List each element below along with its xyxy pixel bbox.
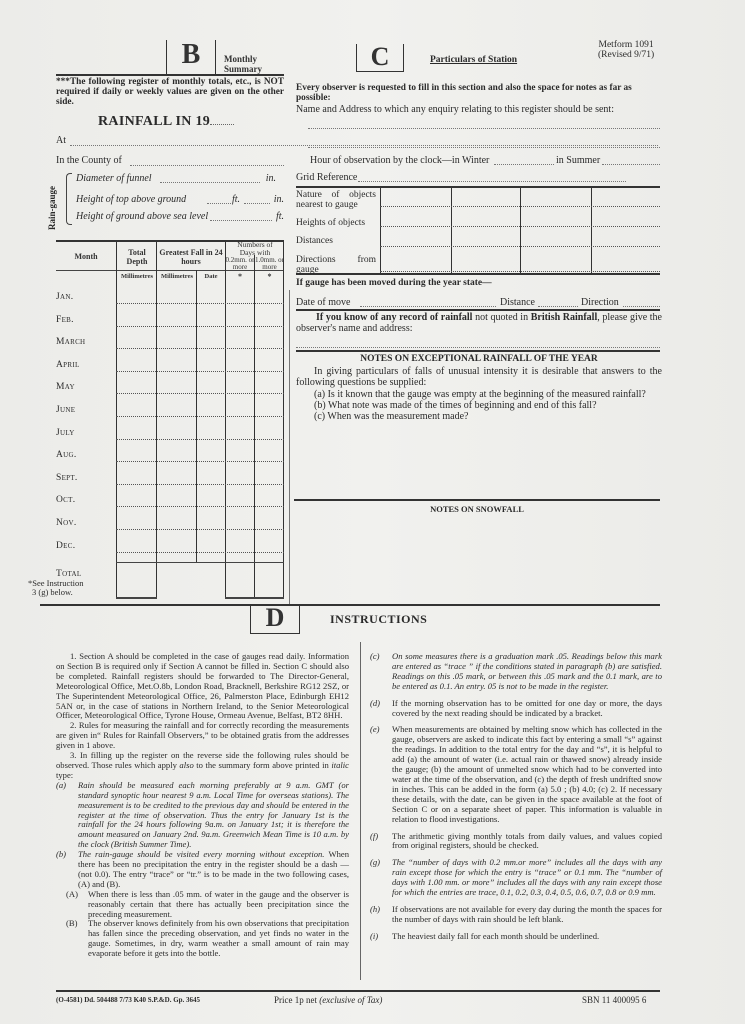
instructions-left-column: 1. Section A should be completed in the … <box>56 652 349 959</box>
col-header-days-with: Numbers of Days with <box>226 241 284 257</box>
question-c: (c) When was the measurement made? <box>314 411 664 422</box>
month-row-entry-line[interactable] <box>116 484 284 485</box>
objects-col-3 <box>520 187 521 273</box>
total-row-bottom <box>116 597 157 599</box>
instruction-3c: (c)On some measures there is a graduatio… <box>370 652 662 692</box>
col-header-greatest-fall: Greatest Fall in 24 hours <box>158 248 224 266</box>
instruction-3i: (i)The heaviest daily fall for each mont… <box>370 932 662 942</box>
section-c-letter-box: C <box>356 44 404 72</box>
top-height-ft-line[interactable] <box>207 203 231 204</box>
col-header-month: Month <box>56 252 116 261</box>
objects-row-line-2 <box>380 226 660 227</box>
objects-col-1 <box>380 187 381 273</box>
objects-table-top <box>296 186 660 188</box>
month-label: June <box>56 405 75 415</box>
county-field[interactable]: In the County of <box>56 155 122 166</box>
month-row-entry-line[interactable] <box>116 326 284 327</box>
col-header-10mm: 1.0mm. or more <box>255 257 284 271</box>
month-row-entry-line[interactable] <box>116 303 284 304</box>
print-code: (O-4581) Dd. 504488 7/73 K40 S.P.&D. Gp.… <box>56 996 200 1004</box>
gauge-moved-heading: If gauge has been moved during the year … <box>296 278 492 288</box>
section-b-letter-box: B <box>166 40 216 74</box>
grid-reference-label: Grid Reference <box>296 172 357 183</box>
month-row-entry-line[interactable] <box>116 529 284 530</box>
objects-col-4 <box>591 187 592 273</box>
metform-number: Metform 1091 <box>598 40 654 50</box>
direction-line[interactable] <box>623 306 660 307</box>
winter-hour-line[interactable] <box>494 164 554 165</box>
instructions-right-column: (c)On some measures there is a graduatio… <box>370 652 662 942</box>
section-d-letter-box: D <box>250 604 300 634</box>
record-address-line[interactable] <box>296 347 660 348</box>
question-b: (b) What note was made of the times of b… <box>314 400 664 411</box>
price: Price 1p net (exclusive of Tax) <box>274 995 382 1005</box>
grid-v5 <box>254 255 255 598</box>
month-row-entry-line[interactable] <box>116 393 284 394</box>
month-label: May <box>56 382 75 392</box>
instruction-1: 1. Section A should be completed in the … <box>56 652 349 721</box>
metform-revision: (Revised 9/71) <box>598 50 654 60</box>
instruction-3a: (a) Rain should be measured each morning… <box>56 781 349 850</box>
section-b-title: Monthly Summary <box>224 54 262 74</box>
objects-col-2 <box>451 187 452 273</box>
summer-label: in Summer <box>556 155 600 166</box>
col-header-total-depth: Total Depth <box>117 248 157 266</box>
total-footnote: *See Instruction 3 (g) below. <box>28 579 83 597</box>
month-label: Jan. <box>56 292 73 302</box>
month-label: Dec. <box>56 541 75 551</box>
instructions-title: INSTRUCTIONS <box>330 612 427 627</box>
instruction-3b-A: (A) When there is less than .05 mm. of w… <box>56 890 349 920</box>
section-c-intro: Every observer is requested to fill in t… <box>296 83 662 103</box>
hour-observation-field[interactable]: Hour of observation by the clock—in Wint… <box>310 155 489 166</box>
instruction-3f: (f)The arithmetic giving monthly totals … <box>370 832 662 852</box>
instruction-3h: (h)If observations are not available for… <box>370 905 662 925</box>
distance-line[interactable] <box>538 306 578 307</box>
section-b-notice: ***The following register of monthly tot… <box>56 77 284 107</box>
at-line[interactable] <box>70 145 658 146</box>
month-label: Aug. <box>56 450 77 460</box>
total-row-rule <box>116 562 284 563</box>
rain-gauge-label: Rain-gauge <box>47 186 57 230</box>
notes-questions: (a) Is it known that the gauge was empty… <box>314 389 664 422</box>
footer-rule <box>56 990 660 992</box>
county-line[interactable] <box>130 165 284 166</box>
rain-gauge-brace <box>66 173 72 225</box>
month-row-entry-line[interactable] <box>116 552 284 553</box>
funnel-diameter-line[interactable] <box>160 182 260 183</box>
month-row-entry-line[interactable] <box>116 348 284 349</box>
month-label: Sept. <box>56 473 78 483</box>
notes-rule <box>296 350 660 352</box>
date-of-move-line[interactable] <box>360 306 496 307</box>
unit-greatest-mm: Millimetres <box>157 272 197 281</box>
moved-rule <box>296 309 660 311</box>
month-row-entry-line[interactable] <box>116 461 284 462</box>
col-header-02mm: 0.2mm. or more <box>225 257 255 271</box>
unit-date: Date <box>197 272 225 281</box>
month-row-entry-line[interactable] <box>116 416 284 417</box>
month-row-entry-line[interactable] <box>116 506 284 507</box>
grid-v4 <box>225 242 226 598</box>
instruction-3e: (e)When measurements are obtained by mel… <box>370 725 662 824</box>
question-a: (a) Is it known that the gauge was empty… <box>314 389 664 400</box>
objects-row-line-4 <box>380 271 660 272</box>
month-label: Oct. <box>56 495 75 505</box>
date-of-move-label: Date of move <box>296 297 350 308</box>
ground-height-line[interactable] <box>210 220 272 221</box>
month-label: April <box>56 360 80 370</box>
instruction-3: 3. In filling up the register on the rev… <box>56 751 349 781</box>
objects-label-distances: Distances <box>296 236 333 246</box>
total-row-bottom-right <box>225 597 284 599</box>
name-address-line-1[interactable] <box>308 128 660 129</box>
instruction-3d: (d)If the morning observation has to be … <box>370 699 662 719</box>
unit-star-10: * <box>255 272 284 281</box>
section-c-title: Particulars of Station <box>430 55 517 65</box>
sbn-number: SBN 11 400095 6 <box>582 995 646 1005</box>
notes-exceptional-heading: NOTES ON EXCEPTIONAL RAINFALL OF THE YEA… <box>296 354 662 364</box>
rainfall-heading: RAINFALL IN 19 <box>98 114 234 130</box>
section-b-rule <box>56 74 284 76</box>
section-d-letter: D <box>266 603 285 632</box>
metform-id: Metform 1091 (Revised 9/71) <box>598 40 654 60</box>
objects-label-heights: Heights of objects <box>296 218 365 228</box>
objects-row-line-3 <box>380 246 660 247</box>
instruction-3b: (b) The rain-gauge should be visited eve… <box>56 850 349 890</box>
record-request: If you know of any record of rainfall no… <box>296 312 662 334</box>
section-c-letter: C <box>371 42 390 71</box>
unit-total-mm: Millimetres <box>117 272 157 281</box>
section-b-letter: B <box>182 39 201 70</box>
grid-v2 <box>156 242 157 598</box>
instruction-2: 2. Rules for measuring the rainfall and … <box>56 721 349 751</box>
grid-v6 <box>283 242 284 598</box>
grid-reference-line[interactable] <box>358 181 626 182</box>
section-bc-divider <box>289 290 290 606</box>
snowfall-rule <box>294 499 660 501</box>
notes-snowfall-heading: NOTES ON SNOWFALL <box>294 504 660 514</box>
objects-label-directions: Directions from gauge <box>296 255 376 275</box>
instruction-3g: (g)The “number of days with 0.2 mm.or mo… <box>370 858 662 898</box>
instructions-column-divider <box>360 642 361 980</box>
top-height-in-line[interactable] <box>244 203 270 204</box>
grid-v1 <box>116 242 117 598</box>
objects-label-nature: Nature of objects nearest to gauge <box>296 190 376 210</box>
direction-label: Direction <box>581 297 619 308</box>
month-row-entry-line[interactable] <box>116 439 284 440</box>
form-page: Metform 1091 (Revised 9/71) B Monthly Su… <box>0 0 745 1024</box>
month-label: March <box>56 337 85 347</box>
section-d-rule <box>40 604 660 606</box>
instruction-3b-B: (B) The observer knows definitely from h… <box>56 919 349 959</box>
unit-star-02: * <box>225 272 255 281</box>
name-address-label: Name and Address to which any enquiry re… <box>296 104 662 115</box>
month-label: Feb. <box>56 315 74 325</box>
distance-label: Distance <box>500 297 535 308</box>
month-row-entry-line[interactable] <box>116 371 284 372</box>
objects-row-line-1 <box>380 206 660 207</box>
name-address-line-2[interactable] <box>308 147 660 148</box>
summer-hour-line[interactable] <box>602 164 660 165</box>
month-label: July <box>56 428 75 438</box>
month-label: Nov. <box>56 518 77 528</box>
notes-intro: In giving particulars of falls of unusua… <box>296 366 662 388</box>
